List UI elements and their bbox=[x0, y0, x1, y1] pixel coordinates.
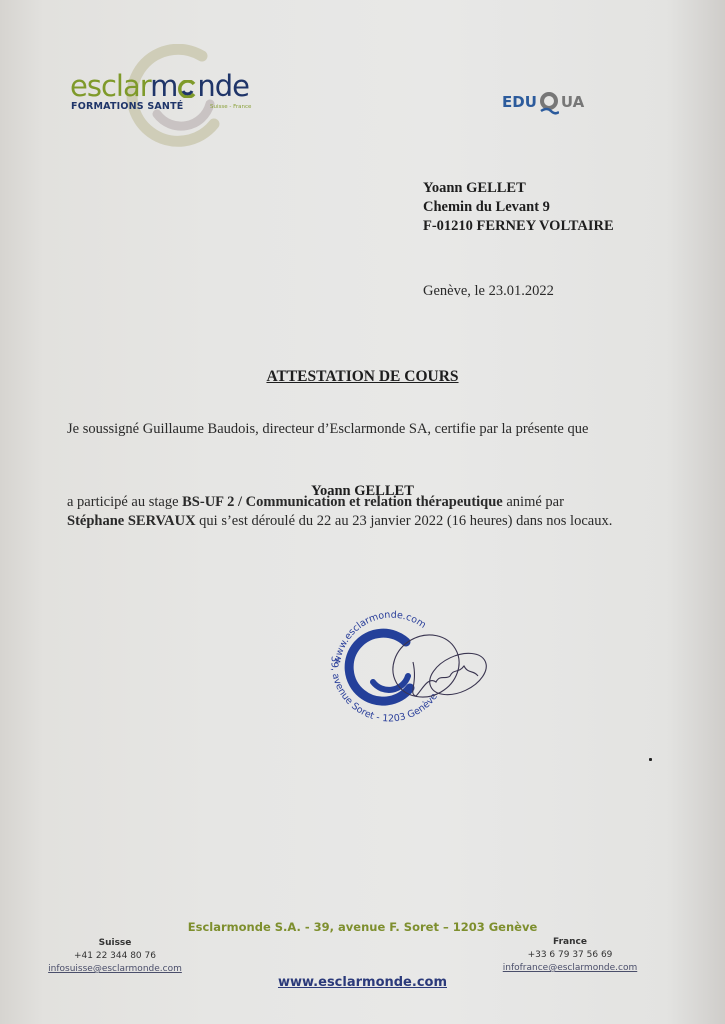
footer-france-label: France bbox=[490, 936, 650, 949]
instructor-name: Stéphane SERVAUX bbox=[67, 513, 196, 529]
footer-website: www.esclarmonde.com bbox=[0, 975, 725, 990]
official-stamp: www.esclarmonde.com 39, avenue Soret - 1… bbox=[318, 604, 508, 744]
recipient-city: F-01210 FERNEY VOLTAIRE bbox=[423, 217, 614, 236]
recipient-name: Yoann GELLET bbox=[423, 179, 614, 198]
paper-speck bbox=[649, 758, 652, 761]
recipient-street: Chemin du Levant 9 bbox=[423, 198, 614, 217]
eduqua-q-icon bbox=[539, 92, 559, 112]
date-line: Genève, le 23.01.2022 bbox=[423, 283, 554, 300]
esclarmonde-logo: esclarmnde bbox=[70, 72, 249, 101]
footer-suisse: Suisse +41 22 344 80 76 infosuisse@escla… bbox=[40, 937, 190, 976]
footer-france: France +33 6 79 37 56 69 infofrance@escl… bbox=[490, 936, 650, 975]
logo-region: Suisse - France bbox=[210, 104, 251, 110]
website-link[interactable]: www.esclarmonde.com bbox=[278, 975, 447, 990]
footer-suisse-email-link[interactable]: infosuisse@esclarmonde.com bbox=[48, 964, 182, 974]
document-title: ATTESTATION DE COURS bbox=[0, 368, 725, 386]
footer-suisse-label: Suisse bbox=[40, 937, 190, 950]
logo-subtitle: FORMATIONS SANTÉ bbox=[71, 101, 183, 112]
logo-o-icon bbox=[177, 74, 197, 92]
footer-france-phone: +33 6 79 37 56 69 bbox=[490, 949, 650, 962]
eduqua-logo: EDU UA bbox=[502, 92, 584, 112]
footer-address: Esclarmonde S.A. - 39, avenue F. Soret –… bbox=[0, 920, 725, 934]
course-name: BS-UF 2 / Communication et relation thér… bbox=[182, 494, 503, 510]
footer-france-email-link[interactable]: infofrance@esclarmonde.com bbox=[503, 963, 638, 973]
recipient-address: Yoann GELLET Chemin du Levant 9 F-01210 … bbox=[423, 179, 614, 236]
footer-suisse-phone: +41 22 344 80 76 bbox=[40, 950, 190, 963]
intro-sentence: Je soussigné Guillaume Baudois, directeu… bbox=[67, 421, 588, 438]
